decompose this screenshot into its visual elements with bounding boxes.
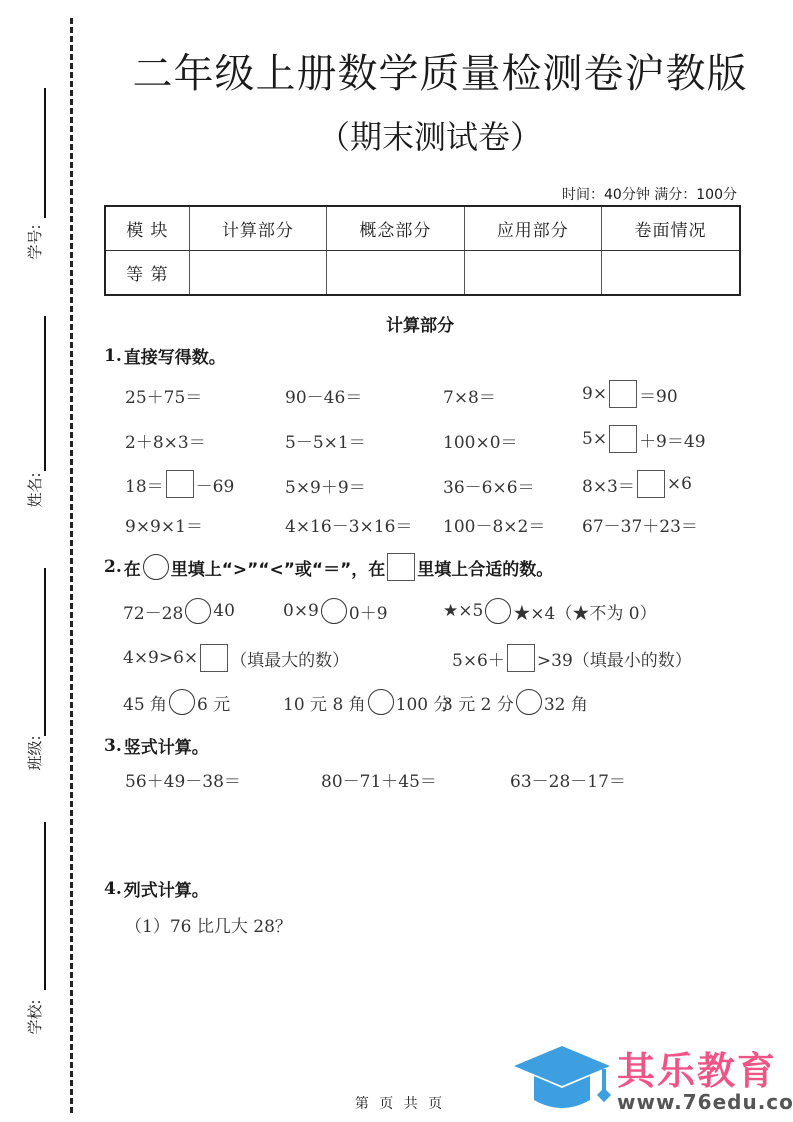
comparison: 72－2840 [123,598,235,624]
page-title: 二年级上册数学质量检测卷沪教版 [100,42,780,99]
question-number: 3. [104,736,122,756]
class-label: 班级: [14,733,54,773]
problem: 9×＝90 [582,380,678,408]
money-comparison: 10 元 8 角100 分 [283,689,451,715]
grade-input-cell[interactable] [602,251,740,296]
answer-box[interactable] [200,644,228,672]
problem: 5×＋9＝49 [582,425,706,453]
answer-circle[interactable] [516,689,542,715]
question-4-title: 4. 列式计算。 [104,876,209,901]
question-text: 列式计算。 [124,876,209,901]
answer-box[interactable] [609,380,637,408]
question-number: 4. [104,879,122,899]
binding-dashed-line [70,18,73,1113]
graduation-cap-icon [512,1044,612,1116]
class-line [44,568,46,736]
answer-circle[interactable] [368,689,394,715]
answer-box[interactable] [637,470,665,498]
table-cell: 卷面情况 [602,206,740,251]
problem: 90－46＝ [285,383,362,408]
table-cell: 应用部分 [464,206,601,251]
problem: 5－5×1＝ [285,428,366,453]
problem: （1）76 比几大 28？ [125,912,292,937]
question-text: 竖式计算。 [124,733,209,758]
question-number: 2. [104,557,122,577]
comparison: 0×90＋9 [283,598,388,624]
money-comparison: 3 元 2 分32 角 [442,689,588,715]
problem: 2＋8×3＝ [125,428,206,453]
exam-meta: 时间：40分钟 满分：100分 [562,184,737,204]
table-cell: 概念部分 [327,206,464,251]
school-line [44,822,46,990]
question-text: 直接写得数。 [124,343,226,368]
grade-input-cell[interactable] [464,251,601,296]
answer-circle[interactable] [485,598,511,624]
page-subtitle: （期末测试卷） [100,112,760,158]
problem: 67－37＋23＝ [582,512,698,537]
inequality: 5×6＋>39（填最小的数） [452,644,692,672]
student-id-label: 学号: [14,222,54,262]
name-line [44,316,46,471]
problem: 56＋49－38＝ [125,767,241,792]
problem: 4×16－3×16＝ [285,512,412,537]
money-comparison: 45 角6 元 [123,689,230,715]
grade-input-cell[interactable] [327,251,464,296]
answer-circle[interactable] [321,598,347,624]
grade-table-header-row: 模 块 计算部分 概念部分 应用部分 卷面情况 [105,206,740,251]
comparison: ★×5★×4（★不为 0） [443,598,657,624]
name-label: 姓名: [14,470,54,510]
section-heading: 计算部分 [100,311,740,336]
box-symbol-icon [387,553,415,581]
question-3-title: 3. 竖式计算。 [104,733,209,758]
grade-table-row: 等 第 [105,251,740,296]
table-cell: 计算部分 [189,206,326,251]
watermark-name: 其乐教育 [617,1040,777,1095]
page-footer: 第 页 共 页 [300,1093,500,1113]
grade-table: 模 块 计算部分 概念部分 应用部分 卷面情况 等 第 [104,205,741,296]
problem: 100－8×2＝ [443,512,545,537]
table-cell: 模 块 [105,206,189,251]
problem: 100×0＝ [443,428,518,453]
problem: 25＋75＝ [125,383,202,408]
circle-symbol-icon [143,554,169,580]
watermark-url: www.76edu.com [617,1090,793,1114]
student-id-line [44,88,46,218]
problem: 18＝－69 [125,470,234,498]
answer-box[interactable] [609,425,637,453]
table-cell: 等 第 [105,251,189,296]
answer-box[interactable] [166,470,194,498]
problem: 63－28－17＝ [510,767,626,792]
answer-circle[interactable] [185,598,211,624]
question-2-title: 2. 在 里填上“>”“<”或“＝”，在 里填上合适的数。 [104,553,553,581]
answer-circle[interactable] [169,689,195,715]
problem: 9×9×1＝ [125,512,203,537]
answer-box[interactable] [507,644,535,672]
school-label: 学校: [14,997,54,1037]
problem: 80－71＋45＝ [321,767,437,792]
question-number: 1. [104,346,122,366]
grade-input-cell[interactable] [189,251,326,296]
problem: 8×3＝×6 [582,470,692,498]
problem: 7×8＝ [443,383,496,408]
question-1-title: 1. 直接写得数。 [104,343,226,368]
problem: 5×9＋9＝ [285,473,366,498]
inequality: 4×9>6×（填最大的数） [123,644,349,672]
watermark-logo: 其乐教育 www.76edu.com [512,1040,792,1120]
problem: 36－6×6＝ [443,473,535,498]
